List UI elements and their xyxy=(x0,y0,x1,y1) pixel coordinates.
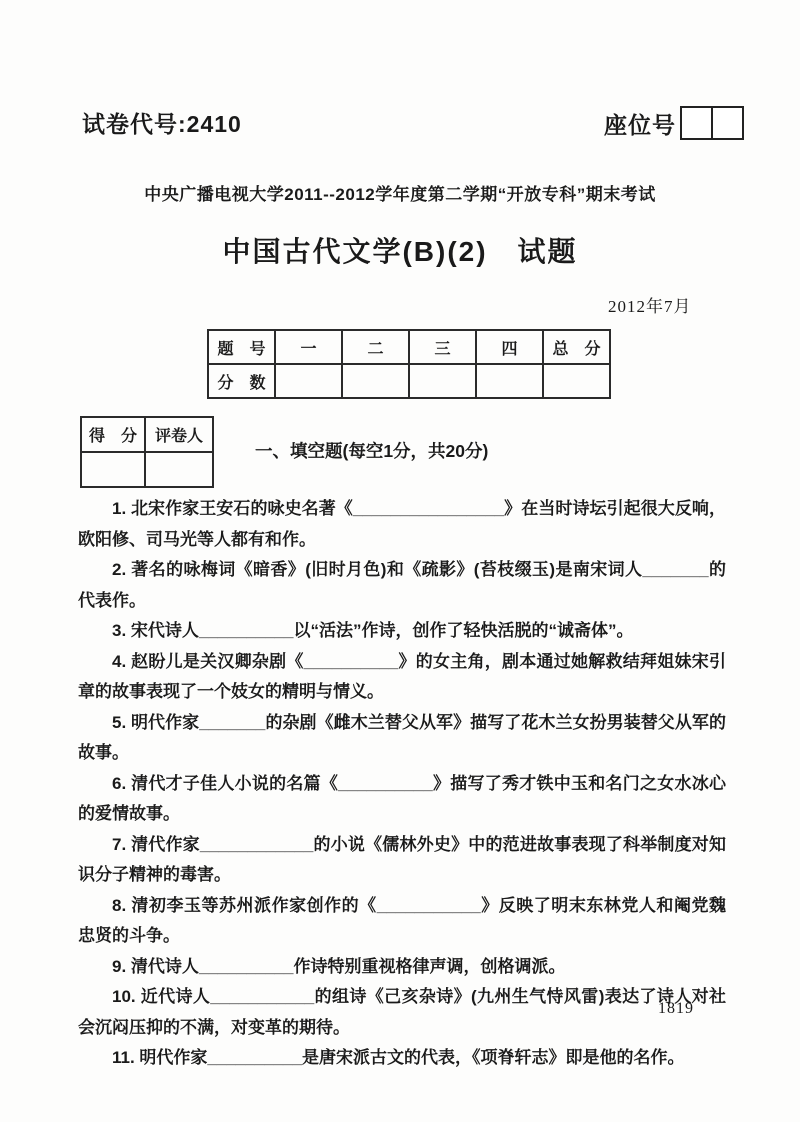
grader-box-empty-row xyxy=(81,452,213,487)
section-one-heading: 一、填空题(每空1分，共20分) xyxy=(255,438,488,463)
score-table-header-question-no: 题 号 xyxy=(208,330,275,364)
question-7: 7. 清代作家____________的小说《儒林外史》中的范进故事表现了科举制… xyxy=(78,830,726,891)
grader-box-grader-label: 评卷人 xyxy=(145,417,213,452)
score-table-score-row: 分 数 xyxy=(208,364,610,398)
score-table-header-row: 题 号 一 二 三 四 总 分 xyxy=(208,330,610,364)
exam-paper-page: 试卷代号:2410 座位号 中央广播电视大学2011--2012学年度第二学期“… xyxy=(0,0,800,1122)
score-table-header-part-3: 三 xyxy=(409,330,476,364)
seat-number-label: 座位号 xyxy=(604,107,676,140)
seat-number-box-1 xyxy=(682,108,711,138)
score-table-header-part-4: 四 xyxy=(476,330,543,364)
question-9: 9. 清代诗人__________作诗特别重视格律声调，创格调派。 xyxy=(78,952,726,983)
question-11: 11. 明代作家__________是唐宋派古文的代表，《项脊轩志》即是他的名作… xyxy=(78,1043,726,1074)
grader-box: 得 分 评卷人 xyxy=(80,416,214,488)
question-6: 6. 清代才子佳人小说的名篇《__________》描写了秀才铁中玉和名门之女水… xyxy=(78,769,726,830)
question-5: 5. 明代作家_______的杂剧《雌木兰替父从军》描写了花木兰女扮男装替父从军… xyxy=(78,708,726,769)
score-cell-total xyxy=(543,364,610,398)
question-2: 2. 著名的咏梅词《暗香》(旧时月色)和《疏影》(苔枝缀玉)是南宋词人_____… xyxy=(78,555,726,616)
question-8: 8. 清初李玉等苏州派作家创作的《___________》反映了明末东林党人和阉… xyxy=(78,891,726,952)
question-4: 4. 赵盼儿是关汉卿杂剧《__________》的女主角，剧本通过她解救结拜姐妹… xyxy=(78,647,726,708)
question-3: 3. 宋代诗人__________以“活法”作诗，创作了轻快活脱的“诚斋体”。 xyxy=(78,616,726,647)
score-summary-table: 题 号 一 二 三 四 总 分 分 数 xyxy=(207,329,611,399)
exam-date: 2012年7月 xyxy=(608,292,692,317)
grader-box-score-cell xyxy=(81,452,145,487)
score-cell-part-4 xyxy=(476,364,543,398)
question-1: 1. 北宋作家王安石的咏史名著《________________》在当时诗坛引起… xyxy=(78,494,726,555)
grader-box-header-row: 得 分 评卷人 xyxy=(81,417,213,452)
exam-session-line: 中央广播电视大学2011--2012学年度第二学期“开放专科”期末考试 xyxy=(0,180,800,205)
paper-code: 试卷代号:2410 xyxy=(82,106,242,139)
seat-number-area: 座位号 xyxy=(604,106,744,140)
score-cell-part-1 xyxy=(275,364,342,398)
exam-title: 中国古代文学(B)(2) 试题 xyxy=(0,230,800,270)
grader-box-score-label: 得 分 xyxy=(81,417,145,452)
question-10: 10. 近代诗人___________的组诗《己亥杂诗》(九州生气恃风雷)表达了… xyxy=(78,982,726,1043)
score-cell-part-3 xyxy=(409,364,476,398)
page-number: 1819 xyxy=(658,1000,694,1018)
fill-in-blank-questions: 1. 北宋作家王安石的咏史名著《________________》在当时诗坛引起… xyxy=(78,494,726,1074)
score-table-row-label: 分 数 xyxy=(208,364,275,398)
grader-box-grader-cell xyxy=(145,452,213,487)
seat-number-box-2 xyxy=(711,108,742,138)
seat-number-boxes xyxy=(680,106,744,140)
score-table-header-total: 总 分 xyxy=(543,330,610,364)
score-table-header-part-1: 一 xyxy=(275,330,342,364)
score-cell-part-2 xyxy=(342,364,409,398)
score-table-header-part-2: 二 xyxy=(342,330,409,364)
